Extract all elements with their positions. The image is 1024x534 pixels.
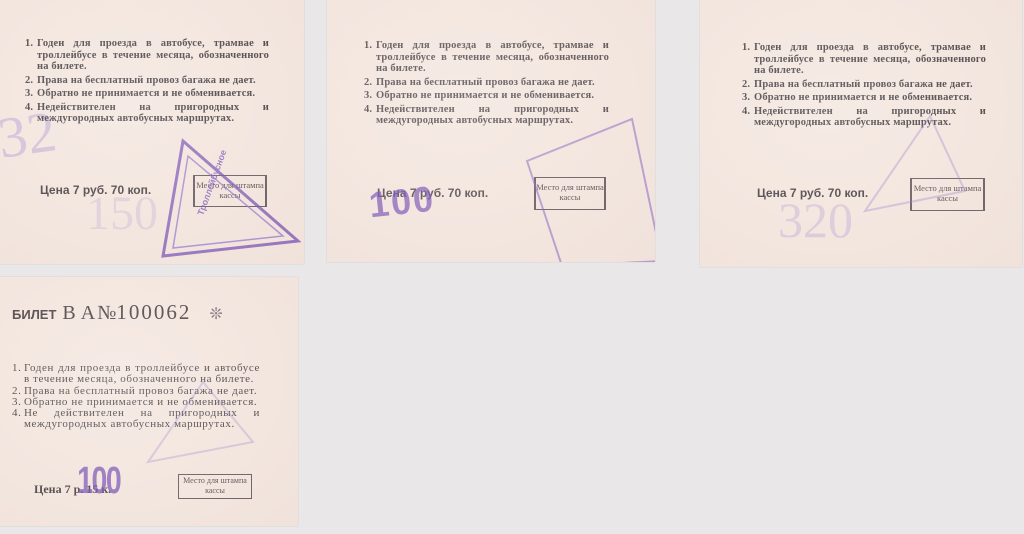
rule-item: 3.Обратно не принимается и не обменивает… (25, 88, 269, 100)
ticket-label: БИЛЕТ (12, 307, 56, 322)
ink-stamp-100: 100 (367, 178, 437, 227)
rule-item: 2.Права на бесплатный провоз багажа не д… (364, 77, 609, 89)
number-sign: № (97, 302, 116, 325)
rectangle-stamp-icon (522, 111, 655, 262)
price-label: Цена 7 руб. 70 коп. (377, 186, 488, 200)
price-label: Цена 7 руб. 70 коп. (40, 183, 151, 197)
price-label: Цена 7 руб. 70 коп. (757, 186, 868, 200)
faint-triangle-stamp-icon (138, 372, 258, 482)
ticket-header: БИЛЕТ В А № 100062 ❊ (12, 300, 223, 325)
rule-item: 2.Права на бесплатный провоз багажа не д… (25, 75, 269, 87)
ticket-4: БИЛЕТ В А № 100062 ❊ 1.Годен для проезда… (0, 277, 298, 526)
svg-text:Троллейбусное: Троллейбусное (195, 148, 228, 216)
ticket-1: 32 150 1.Годен для проезда в автобусе, т… (0, 0, 304, 264)
rule-item: 1.Годен для проезда в автобусе, трамвае … (25, 38, 269, 73)
price-label: Цена 7 р. 15 к. (34, 482, 111, 497)
triangle-stamp-icon: Троллейбусное (143, 136, 303, 261)
rule-item: 4.Недействителен на пригородных и междуг… (25, 102, 269, 125)
rule-item: 3.Обратно не принимается и не обменивает… (364, 90, 609, 102)
rule-item: 1.Годен для проезда в автобусе, трамвае … (364, 40, 609, 75)
rule-item: 1.Годен для проезда в автобусе, трамвае … (742, 42, 986, 77)
ticket-series: В А (62, 302, 95, 325)
ticket-2: 1.Годен для проезда в автобусе, трамвае … (327, 0, 655, 262)
ticket-3: 320 1.Годен для проезда в автобусе, трам… (700, 0, 1022, 267)
faint-triangle-stamp-icon (860, 111, 970, 221)
star-ornament-icon: ❊ (209, 304, 222, 324)
rule-item: 2.Права на бесплатный провоз багажа не д… (742, 79, 986, 91)
ticket-number: 100062 (116, 300, 191, 325)
rule-item: 3.Обратно не принимается и не обменивает… (742, 92, 986, 104)
rules-list: 1.Годен для проезда в автобусе, трамвае … (25, 38, 269, 127)
